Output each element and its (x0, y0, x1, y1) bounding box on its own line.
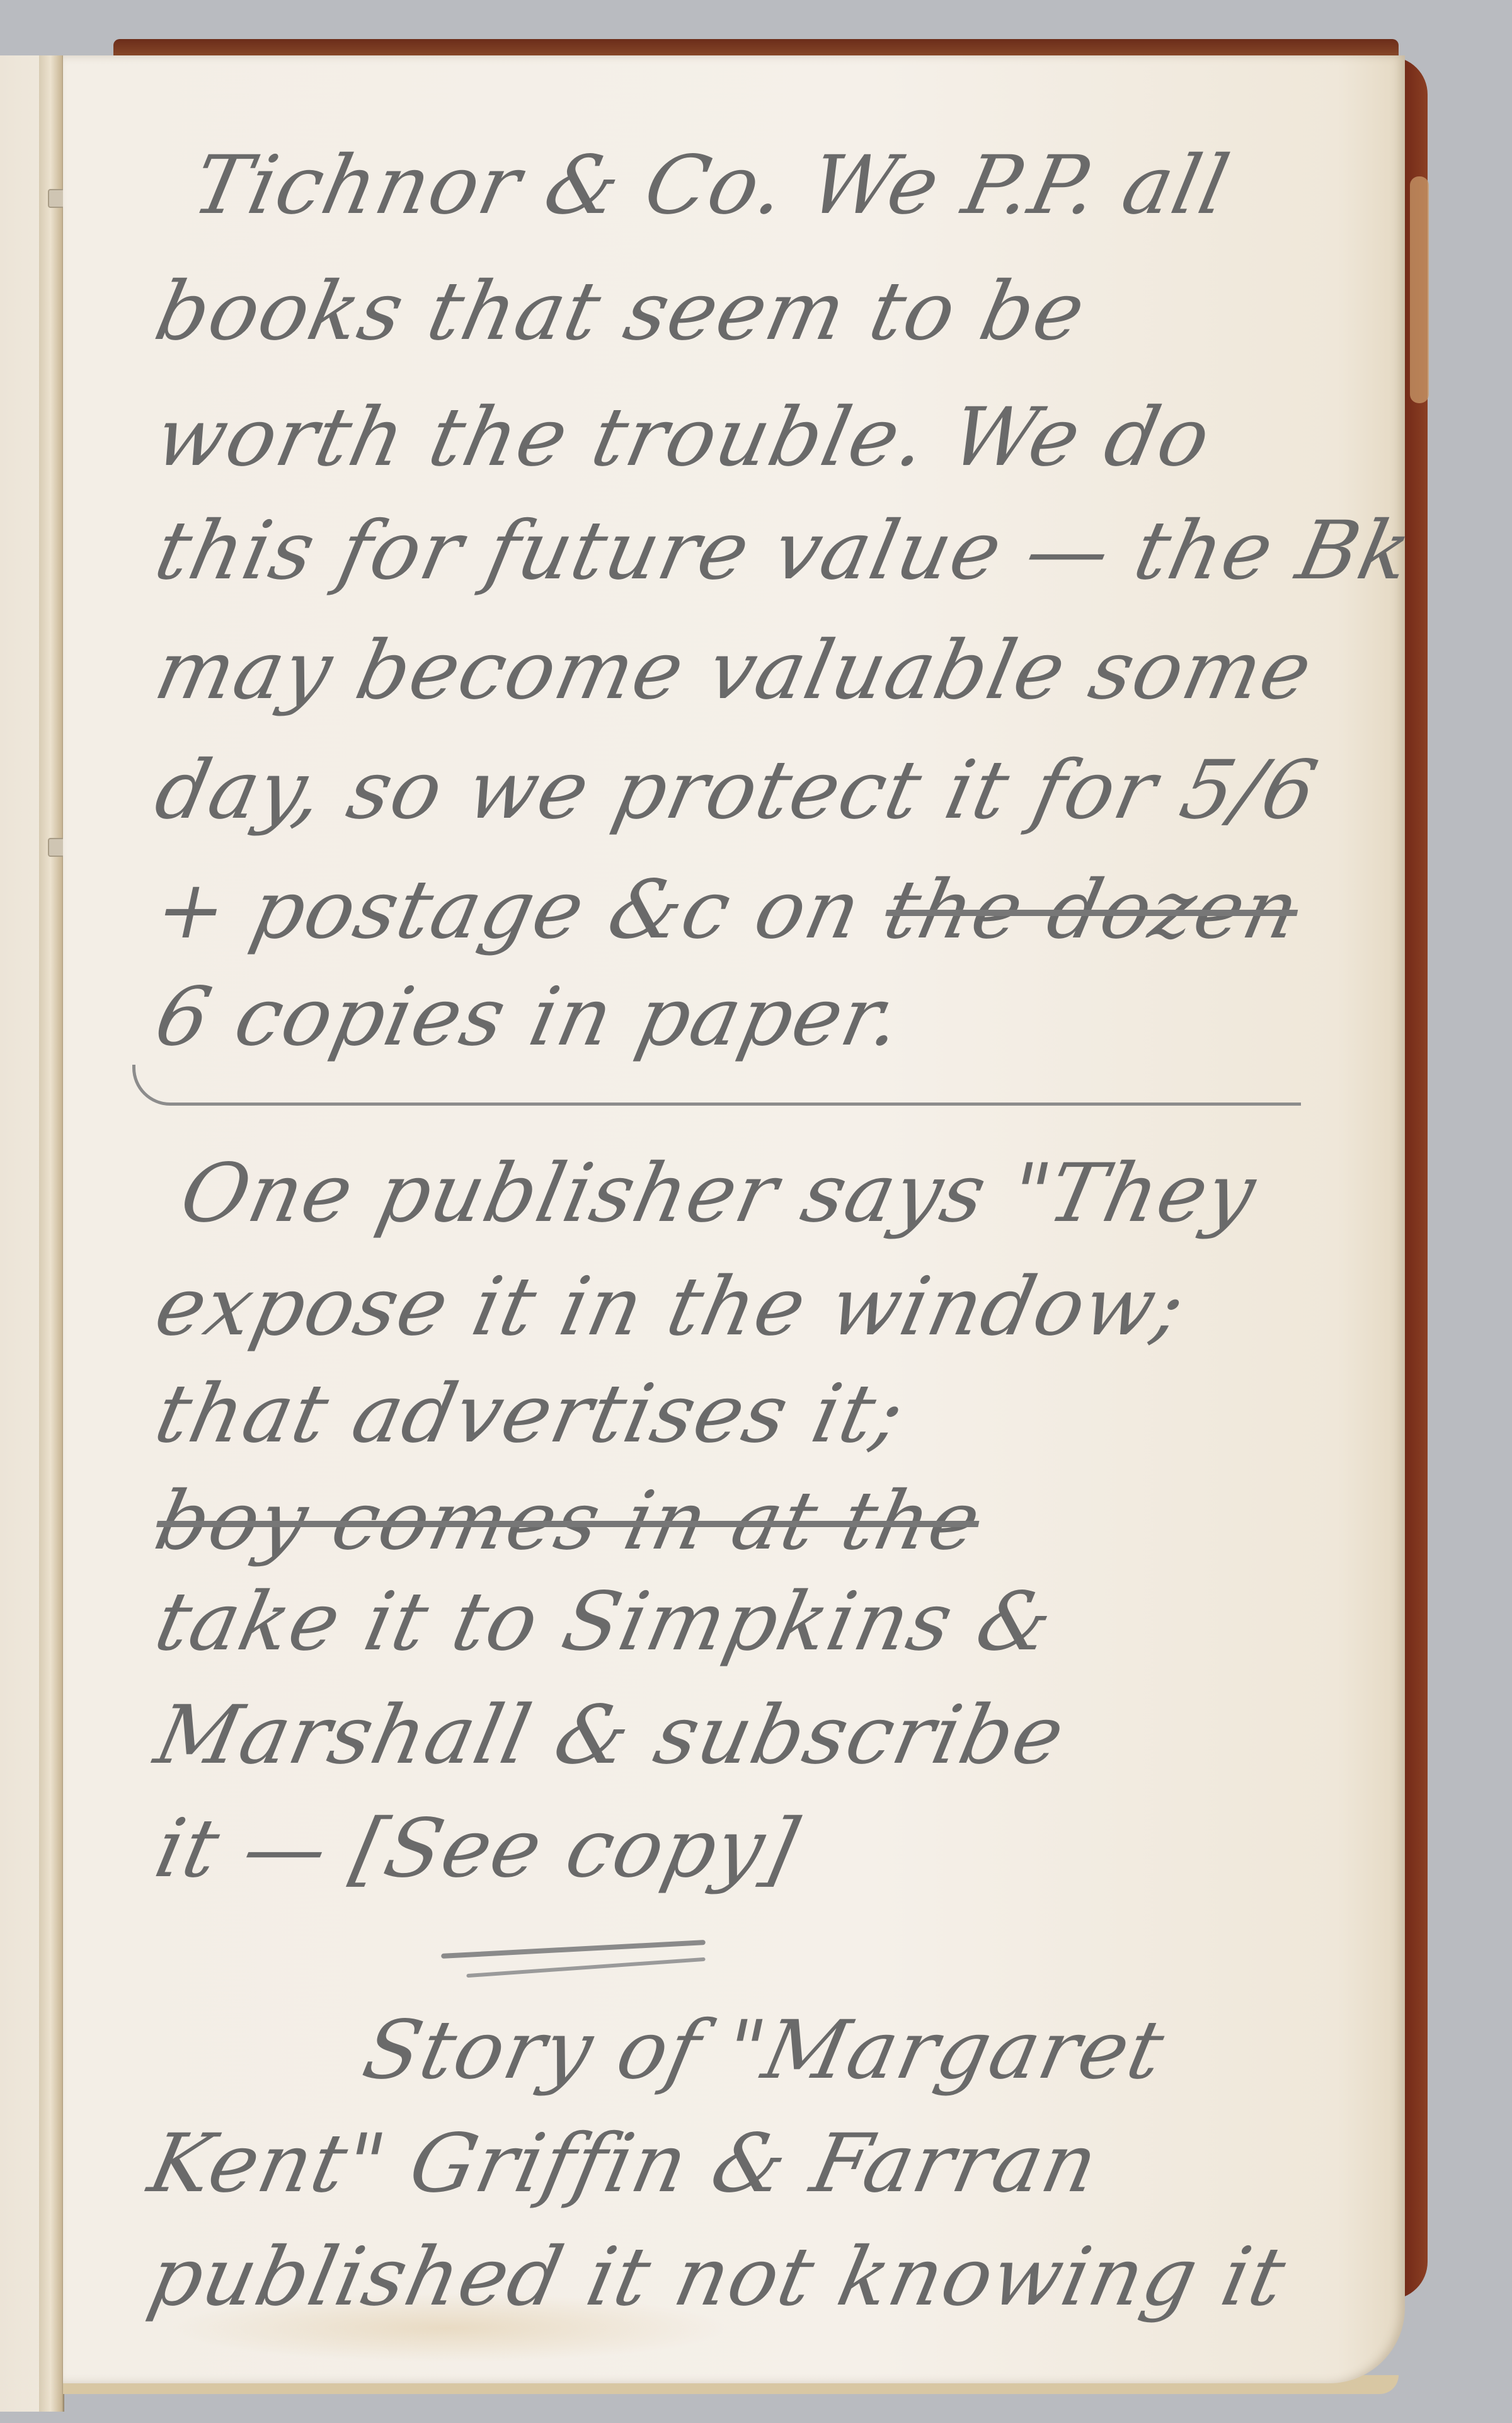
text-line: books that seem to be (147, 265, 1094, 358)
text-line: Tichnor & Co. We P.P. all (185, 139, 1237, 232)
text-line: + postage &c on the dozen (147, 863, 1308, 957)
text-line: Kent" Griffin & Farran (141, 2117, 1106, 2211)
section-divider (132, 1065, 1301, 1106)
text-line: published it not knowing it (141, 2230, 1294, 2324)
text-line: that advertises it; (147, 1367, 913, 1461)
struck-line: boy comes in at the (147, 1474, 989, 1568)
text-segment: + postage &c on (147, 863, 869, 957)
worn-cover-patch (1410, 176, 1429, 403)
text-line: may become valuable some (147, 624, 1320, 718)
text-line: expose it in the window; (147, 1260, 1194, 1354)
text-line: One publisher says "They (173, 1147, 1264, 1240)
text-line: Marshall & subscribe (147, 1688, 1073, 1782)
text-line: day, so we protect it for 5/6 (147, 743, 1326, 837)
book-gutter (39, 55, 64, 2412)
text-line: worth the trouble. We do (147, 391, 1219, 484)
text-line: 6 copies in paper. (147, 970, 910, 1064)
struck-text: the dozen (876, 863, 1308, 957)
text-line: this for future value — the Bk (147, 504, 1420, 598)
text-line: Story of "Margaret (355, 2003, 1172, 2097)
text-line: take it to Simpkins & (147, 1575, 1062, 1669)
text-line: it — [See copy] (147, 1802, 806, 1896)
